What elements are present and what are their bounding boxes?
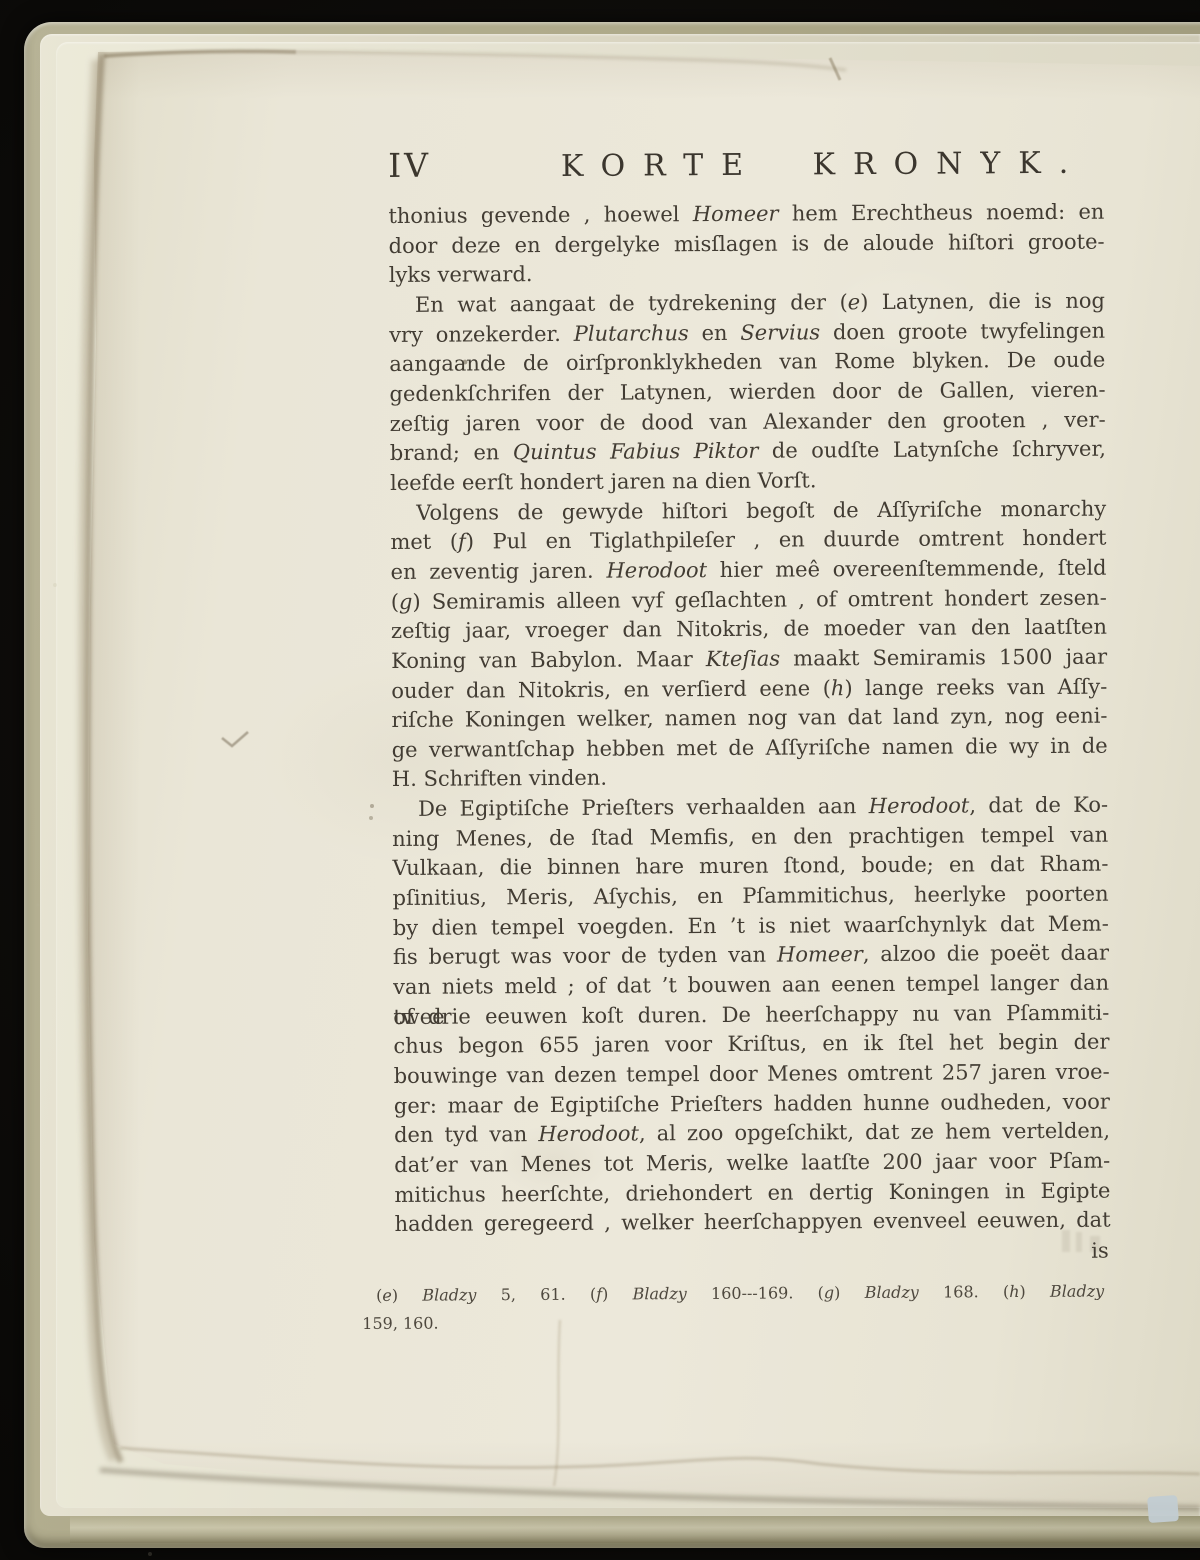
paragraph: En wat aangaat de tydrekening der (e) La…: [389, 287, 1106, 499]
text-line: (g) Semiramis alleen vyf geſlachten , of…: [391, 583, 1107, 617]
text-line: Vulkaan, die binnen hare muren ſtond, bo…: [392, 850, 1108, 884]
text-line: hadden geregeerd , welker heerſchappyen …: [395, 1206, 1111, 1240]
text-line: of drie eeuwen koſt duren. De heerſchapp…: [393, 998, 1109, 1032]
footnotes: (e) Bladzy 5, 61. (f) Bladzy 160---169. …: [362, 1277, 1104, 1337]
text-line: ning Menes, de ſtad Memfis, en den prach…: [392, 820, 1108, 854]
text-line: mitichus heerſchte, driehondert en derti…: [394, 1176, 1110, 1210]
text-line: lyks verward.: [389, 257, 1105, 291]
text-line: pſinitius, Meris, Aſychis, en Pſammitich…: [393, 880, 1109, 914]
text-line: en zeventig jaren. Herodoot hier meê ove…: [391, 553, 1107, 587]
book-photograph: IV KORTE KRONYK. thonius gevende , hoewe…: [0, 0, 1200, 1560]
text-line: door deze en dergelyke misſlagen is de a…: [389, 227, 1105, 261]
page-content: IV KORTE KRONYK. thonius gevende , hoewe…: [388, 142, 1111, 1270]
text-line: H. Schriften vinden.: [392, 761, 1108, 795]
text-line: brand; en Quintus Fabius Piktor de oudſt…: [390, 435, 1106, 469]
text-line: ge verwantſchap hebben met de Aſſyriſche…: [392, 731, 1108, 765]
page-number: IV: [388, 146, 431, 185]
text-line: fis berugt was voor de tyden van Homeer,…: [393, 939, 1109, 973]
text-line: ouder dan Nitokris, en verſierd eene (h)…: [391, 672, 1107, 706]
text-line: van niets meld ; of dat ’t bouwen aan ee…: [393, 969, 1109, 1003]
text-line: met (f) Pul en Tiglathpileſer , en duurd…: [390, 524, 1106, 558]
text-line: vry onzekerder. Plutarchus en Servius do…: [389, 316, 1105, 350]
text-line: thonius gevende , hoewel Homeer hem Erec…: [388, 198, 1104, 232]
page-header: IV KORTE KRONYK.: [388, 142, 1104, 192]
page-title: KORTE KRONYK.: [431, 146, 1104, 185]
text-line: by dien tempel voegden. En ’t is niet wa…: [393, 909, 1109, 943]
paragraph: De Egiptiſche Prieſters verhaalden aan H…: [392, 791, 1111, 1240]
text-line: dat’er van Menes tot Meris, welke laatſt…: [394, 1147, 1110, 1181]
text-line: bouwinge van dezen tempel door Menes omt…: [394, 1058, 1110, 1092]
text-line: Volgens de gewyde hiſtori begoſt de Aſſy…: [390, 494, 1106, 528]
body-text: thonius gevende , hoewel Homeer hem Erec…: [388, 198, 1110, 1240]
paragraph: thonius gevende , hoewel Homeer hem Erec…: [388, 198, 1105, 291]
text-line: 159, 160.: [362, 1305, 1104, 1337]
text-line: zeſtig jaren voor de dood van Alexander …: [390, 405, 1106, 439]
text-line: (e) Bladzy 5, 61. (f) Bladzy 160---169. …: [362, 1277, 1104, 1309]
text-line: den tyd van Herodoot, al zoo opgeſchikt,…: [394, 1117, 1110, 1151]
text-line: chus begon 655 jaren voor Kriſtus, en ik…: [393, 1028, 1109, 1062]
text-line: En wat aangaat de tydrekening der (e) La…: [389, 287, 1105, 321]
text-line: zeſtig jaar, vroeger dan Nitokris, de mo…: [391, 613, 1107, 647]
text-line: riſche Koningen welker, namen nog van da…: [391, 702, 1107, 736]
text-line: leefde eerſt hondert jaren na dien Vorſt…: [390, 465, 1106, 499]
text-line: ger: maar de Egiptiſche Prieſters hadden…: [394, 1087, 1110, 1121]
text-line: gedenkſchrifen der Latynen, wierden door…: [389, 376, 1105, 410]
text-line: aangaande de oirſpronklykheden van Rome …: [389, 346, 1105, 380]
text-line: De Egiptiſche Prieſters verhaalden aan H…: [392, 791, 1108, 825]
paragraph: Volgens de gewyde hiſtori begoſt de Aſſy…: [390, 494, 1108, 795]
text-line: Koning van Babylon. Maar Kteſias maakt S…: [391, 642, 1107, 676]
catchword: is: [395, 1236, 1111, 1270]
